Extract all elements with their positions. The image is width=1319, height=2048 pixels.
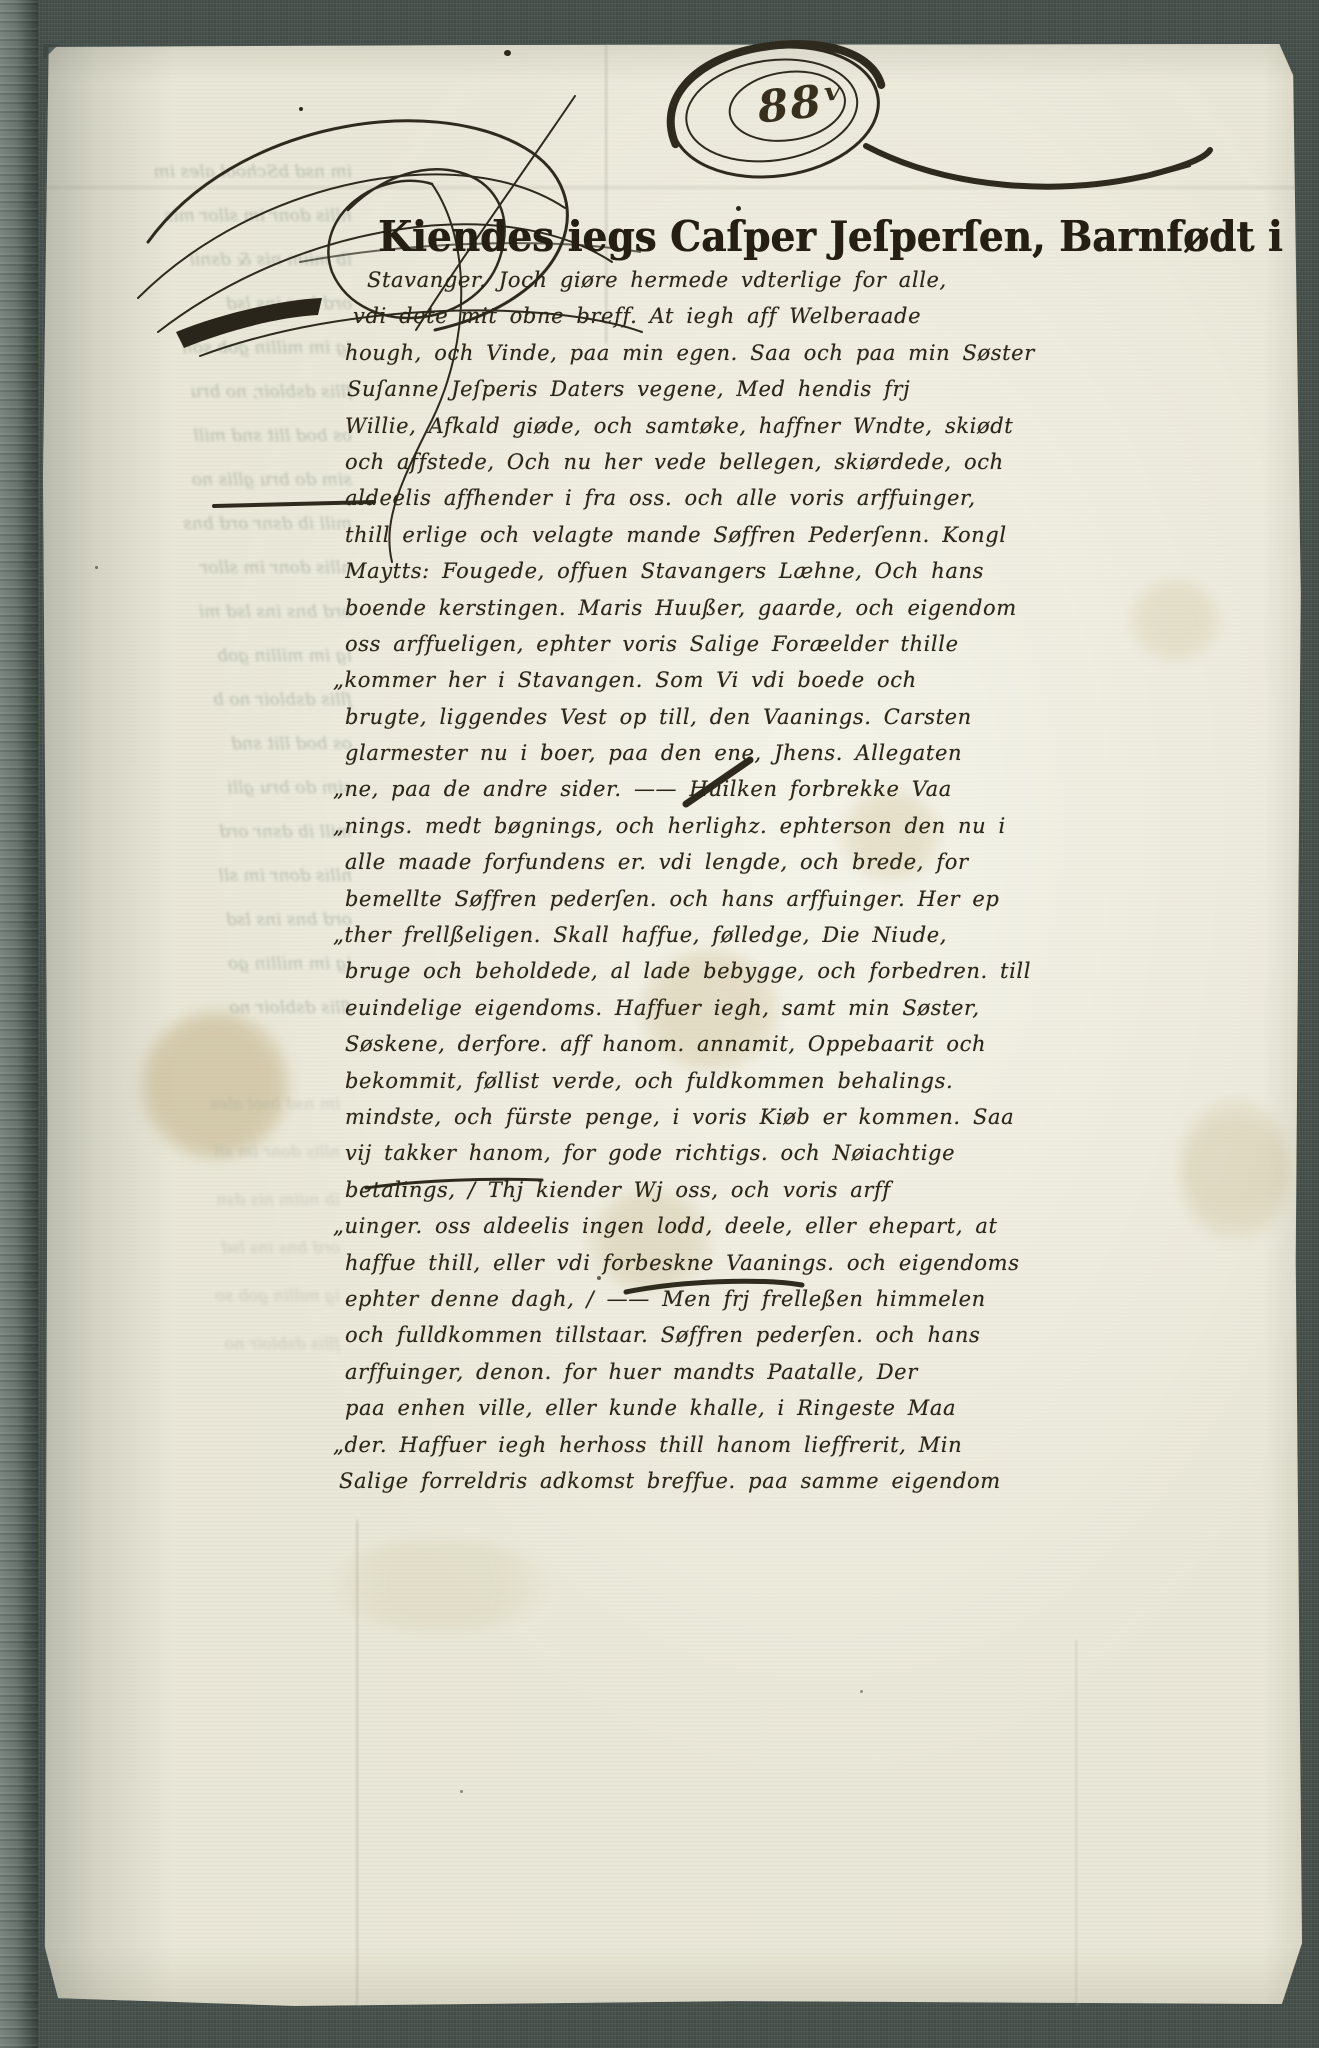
manuscript-line: boende kerstingen. Maris Huußer, gaarde,… bbox=[345, 590, 1270, 626]
ghost-line: fllis dsbloir no bbox=[52, 986, 352, 1030]
ghost-line: ord bns ins lsd bbox=[52, 282, 352, 326]
ghost-line: fllis dsbloir no bbox=[60, 1320, 340, 1368]
archive-scan: { "scan": { "cover_color": "#47514c", "p… bbox=[0, 0, 1319, 2048]
ghost-line: ord bns ins lsd mi bbox=[52, 590, 352, 634]
ghost-line: ib miim nis dsn bbox=[60, 1176, 340, 1224]
manuscript-line: vij takker hanom, for gode richtigs. och… bbox=[345, 1135, 1270, 1171]
manuscript-body: Stavanger. Joch giøre hermede vdterlige … bbox=[345, 262, 1270, 1499]
manuscript-line: paa enhen ville, eller kunde khalle, i R… bbox=[345, 1390, 1270, 1426]
ink-speck bbox=[299, 107, 303, 111]
ghost-line: ig millin gob so bbox=[60, 1272, 340, 1320]
manuscript-line: aldeelis affhender i fra oss. och alle v… bbox=[345, 480, 1270, 516]
ghost-line: nllis donr im sllor bbox=[52, 546, 352, 590]
ghost-line: mill ib dsnr ord bns bbox=[52, 502, 352, 546]
ink-speck bbox=[860, 1690, 863, 1693]
manuscript-line: „ne, paa de andre sider. —— Huilken forb… bbox=[333, 771, 1270, 807]
ghost-line: ig im millin gob son bbox=[52, 326, 352, 370]
manuscript-line: Salige forreldris adkomst breffue. paa s… bbox=[339, 1463, 1270, 1499]
ghost-line: ord bns ins lsd bbox=[52, 898, 352, 942]
page-corner-fold bbox=[43, 44, 59, 60]
fold-crease bbox=[1075, 1640, 1079, 2006]
ink-speck bbox=[736, 206, 741, 211]
ghost-line: im nsd bsol ales bbox=[60, 1080, 340, 1128]
manuscript-line: thill erlige och velagte mande Søffren P… bbox=[345, 517, 1270, 553]
manuscript-line: arffuinger, denon. for huer mandts Paata… bbox=[345, 1354, 1270, 1390]
paper-stain bbox=[330, 1540, 550, 1630]
manuscript-line: betalings, / Thj kiender Wj oss, och vor… bbox=[345, 1172, 1270, 1208]
manuscript-line: Suſanne Jeſperis Daters vegene, Med hend… bbox=[347, 371, 1270, 407]
manuscript-line: oss arffueligen, ephter voris Salige For… bbox=[345, 626, 1270, 662]
manuscript-line: alle maade forfundens er. vdi lengde, oc… bbox=[345, 844, 1270, 880]
ghost-line: ig im millin gob bbox=[52, 634, 352, 678]
ghost-line: nllis donr im sll bbox=[60, 1128, 340, 1176]
manuscript-line: ephter denne dagh, / —— Men frj frelleße… bbox=[345, 1281, 1270, 1317]
manuscript-line: „uinger. oss aldeelis ingen lodd, deele,… bbox=[333, 1208, 1270, 1244]
manuscript-line: „ther frellßeligen. Skall haffue, følled… bbox=[333, 917, 1270, 953]
manuscript-line: haffue thill, eller vdi forbeskne Vaanin… bbox=[345, 1245, 1270, 1281]
ghost-line: nllis donr im sllor mis bbox=[52, 194, 352, 238]
ghost-line: ig im millin go bbox=[52, 942, 352, 986]
ghost-line: ib miim nis & dsnil bbox=[52, 238, 352, 282]
ghost-line: mill ib dsnr ord bbox=[52, 810, 352, 854]
ghost-line: os bod llit snd bbox=[52, 722, 352, 766]
manuscript-line: bemellte Søffren pederſen. och hans arff… bbox=[345, 881, 1270, 917]
manuscript-line: hough, och Vinde, paa min egen. Saa och … bbox=[345, 335, 1270, 371]
manuscript-line: vdi dete mit obne breff. At iegh aff Wel… bbox=[353, 298, 1270, 334]
ghost-line: ord bns ins lsd bbox=[60, 1224, 340, 1272]
ghost-line: sim do bru gllis no bbox=[52, 458, 352, 502]
manuscript-line: mindste, och fürste penge, i voris Kiøb … bbox=[345, 1099, 1270, 1135]
manuscript-line: och affstede, Och nu her vede bellegen, … bbox=[345, 444, 1270, 480]
manuscript-line: „kommer her i Stavangen. Som Vi vdi boed… bbox=[333, 662, 1270, 698]
ghost-line: nllis donr im sll bbox=[52, 854, 352, 898]
ghost-line: fllis dsbloir no b bbox=[52, 678, 352, 722]
manuscript-line: Maytts: Fougede, offuen Stavangers Læhne… bbox=[345, 553, 1270, 589]
manuscript-line: „der. Haffuer iegh herhoss thill hanom l… bbox=[333, 1427, 1270, 1463]
binding-spine bbox=[0, 0, 38, 2048]
manuscript-line: bekommit, føllist verde, och fuldkommen … bbox=[345, 1063, 1270, 1099]
manuscript-line: glarmester nu i boer, paa den ene, Jhens… bbox=[345, 735, 1270, 771]
ghost-line: fllis dsbloir, no bru bbox=[52, 370, 352, 414]
show-through-text: im nsd bSchool ales imnllis donr im sllo… bbox=[52, 150, 352, 1030]
manuscript-line: Willie, Afkald giøde, och samtøke, haffn… bbox=[345, 408, 1270, 444]
ghost-line: sim do bru glli bbox=[52, 766, 352, 810]
manuscript-line: Stavanger. Joch giøre hermede vdterlige … bbox=[367, 262, 1270, 298]
manuscript-line: och fulldkommen tillstaar. Søffren peder… bbox=[345, 1317, 1270, 1353]
show-through-text-lower: im nsd bsol alesnllis donr im sllib miim… bbox=[60, 1080, 340, 1368]
ink-speck bbox=[460, 1790, 463, 1793]
ghost-line: os bod llit snd mill bbox=[52, 414, 352, 458]
manuscript-line: brugte, liggendes Vest op till, den Vaan… bbox=[345, 699, 1270, 735]
ink-speck bbox=[504, 50, 511, 56]
document-heading: Kiendes iegs Caſper Jeſperſen, Barnfødt … bbox=[378, 212, 1253, 262]
manuscript-line: euindelige eigendoms. Haffuer iegh, samt… bbox=[345, 990, 1270, 1026]
manuscript-line: „nings. medt bøgnings, och herlighz. eph… bbox=[333, 808, 1270, 844]
manuscript-line: bruge och beholdede, al lade bebygge, oc… bbox=[345, 953, 1270, 989]
manuscript-line: Søskene, derfore. aff hanom. annamit, Op… bbox=[345, 1026, 1270, 1062]
ghost-line: im nsd bSchool ales im bbox=[52, 150, 352, 194]
